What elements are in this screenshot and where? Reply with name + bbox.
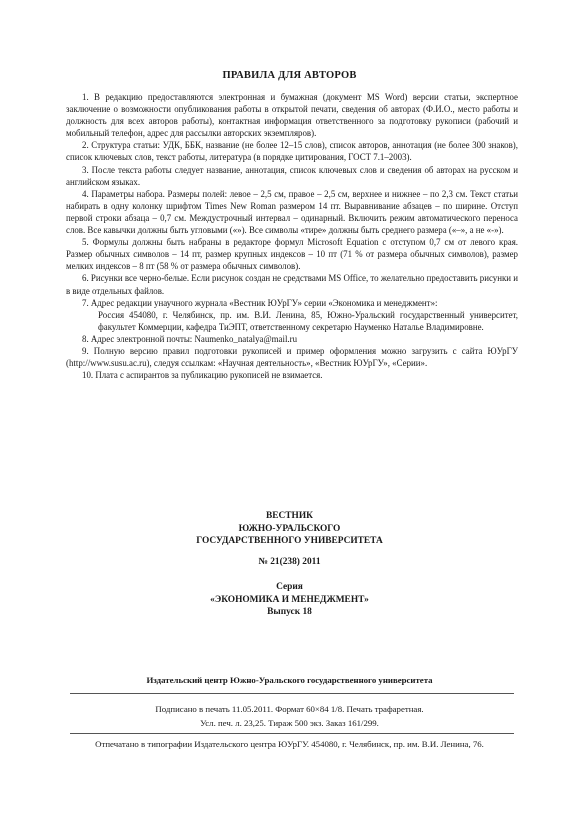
masthead-line-2: ЮЖНО-УРАЛЬСКОГО — [0, 523, 579, 536]
rule-item-7: 7. Адрес редакции унаучного журнала «Вес… — [66, 297, 518, 309]
divider-top — [70, 693, 514, 694]
rule-item-2: 2. Структура статьи: УДК, ББК, название … — [66, 139, 518, 163]
rules-title: ПРАВИЛА ДЛЯ АВТОРОВ — [0, 70, 579, 81]
signed-for-print: Подписано в печать 11.05.2011. Формат 60… — [0, 702, 579, 716]
volume-number: Выпуск 18 — [0, 606, 579, 619]
editorial-address: Россия 454080, г. Челябинск, пр. им. В.И… — [66, 309, 518, 333]
series-name: «ЭКОНОМИКА И МЕНЕДЖМЕНТ» — [0, 594, 579, 607]
printed-at: Отпечатано в типографии Издательского це… — [0, 739, 579, 749]
rule-item-4: 4. Параметры набора. Размеры полей: лево… — [66, 188, 518, 236]
rule-item-9: 9. Полную версию правил подготовки рукоп… — [66, 345, 518, 369]
issue-number: № 21(238) 2011 — [0, 556, 579, 569]
rule-item-3: 3. После текста работы следует название,… — [66, 164, 518, 188]
imprint-block: Подписано в печать 11.05.2011. Формат 60… — [0, 702, 579, 730]
rule-item-8: 8. Адрес электронной почты: Naumenko_nat… — [66, 333, 518, 345]
rule-item-5: 5. Формулы должны быть набраны в редакто… — [66, 236, 518, 272]
rule-item-6: 6. Рисунки все черно-белые. Если рисунок… — [66, 272, 518, 296]
rule-item-10: 10. Плата с аспирантов за публикацию рук… — [66, 369, 518, 381]
masthead-line-3: ГОСУДАРСТВЕННОГО УНИВЕРСИТЕТА — [0, 535, 579, 548]
rule-item-1: 1. В редакцию предоставляются электронна… — [66, 91, 518, 139]
divider-bottom — [70, 733, 514, 734]
print-run: Усл. печ. л. 23,25. Тираж 500 экз. Заказ… — [0, 716, 579, 730]
masthead-line-1: ВЕСТНИК — [0, 510, 579, 523]
series-label: Серия — [0, 581, 579, 594]
rules-body: 1. В редакцию предоставляются электронна… — [66, 91, 518, 381]
publisher-name: Издательский центр Южно-Уральского госуд… — [0, 675, 579, 685]
journal-masthead: ВЕСТНИК ЮЖНО-УРАЛЬСКОГО ГОСУДАРСТВЕННОГО… — [0, 510, 579, 619]
